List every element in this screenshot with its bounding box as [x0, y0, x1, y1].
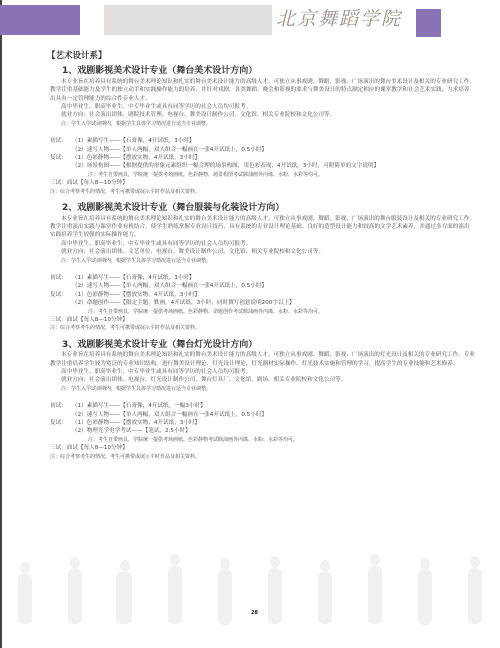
round2-label: 复试： [50, 419, 72, 427]
round2-item-2: （2）场景构图——【根据提供的形象元素组织一幅合理的场景构图，用色彩表现，4开试… [50, 162, 475, 170]
eligibility: 高中毕业生、职高毕业生、中专毕业生或具有同等学历的社会人员均可报考。 [50, 368, 475, 376]
major-section-1: 1、戏剧影视美术设计专业（舞台美术设计方向） 本专业旨在培养具有系统的舞台美术理… [50, 67, 475, 196]
section-title: 1、戏剧影视美术设计专业（舞台美术设计方向） [62, 67, 475, 75]
round3-interview: 三试：面试【每人8—10分钟】 [50, 316, 475, 324]
round2-note: 注：考生自带画具，学院统一提供考场画纸。色彩静物考试除油画外丙烯、水粉、水彩等均… [50, 436, 475, 444]
round1-item-2: （2）速写人物——【单人两幅，双人组合一幅画在一张4开试纸上，0.5小时】 [50, 146, 475, 154]
exam-requirements: 初试：（1）素描写生——【石膏像，4开试纸，一幅3小时】 （2）速写人物——【单… [50, 402, 475, 461]
header-gray-bar [104, 5, 272, 35]
dancer-silhouettes-decoration [0, 538, 500, 648]
round3-interview: 三试：面试【每人8—10分钟】 [50, 444, 475, 452]
round1-label: 初试： [50, 274, 72, 282]
round1-label: 初试： [50, 137, 72, 145]
adjustment-note: 注：学生入学试读期内，根据学生具体学习情况进行适当专业调整。 [50, 120, 475, 128]
employment: 就业方向：社会演出团体、电视台、灯光设计制作公司、舞台灯具厂、文化馆、剧场、相关… [50, 376, 475, 384]
exam-requirements: 初试：（1）素描写生——【石膏像，4开试纸，3小时】 （2）速写人物——【单人两… [50, 274, 475, 333]
round2-item-1: （1）色彩静物——【摆放实物，4开试纸，3小时】 [72, 291, 200, 299]
section-intro: 本专业旨在培养具有系统的舞台美术理论知识和扎实的舞台美术设计能力的高级人才。可独… [50, 78, 475, 103]
round1-item-2: （2）速写人物——【单人两幅，双人组合一幅画在一张4开试纸上，0.5小时】 [50, 282, 475, 290]
round2-label: 复试： [50, 291, 72, 299]
adjustment-note: 注：学生入学试读期内，根据学生具体学习情况进行适当专业调整。 [50, 385, 475, 393]
exam-requirements: 初试：（1）素描写生——【石膏像，4开试纸，3小时】 （2）速写人物——【单人两… [50, 137, 475, 196]
eligibility: 高中毕业生、职高毕业生、中专毕业生或具有同等学历的社会人员均可报考。 [50, 240, 475, 248]
header-accent-block-right [416, 9, 441, 37]
section-intro: 本专业旨在培养具有系统的舞台美术理论知识和扎实的舞台美术设计能力的高级人才。可独… [50, 215, 475, 240]
round2-note: 注：考生自带画具，学院统一提供考场画纸。色彩静物、场景构图考试除油画外丙烯、水粉… [50, 171, 475, 179]
round2-note: 注：考生自带画具，学院统一提供考场画纸。色彩静物、命题创作考试除油画外丙烯、水粉… [50, 308, 475, 316]
round1-label: 初试： [50, 402, 72, 410]
round3-note: 注：综合考察考生的情况，考生可携带或展示平时作品及相关资料。 [50, 324, 475, 332]
major-section-2: 2、戏剧影视美术设计专业（舞台服装与化装设计方向） 本专业旨在培养具有系统的舞台… [50, 204, 475, 333]
section-intro: 本专业旨在培养具有系统的舞台美术理论知识和扎实的舞台美术设计能力的高级人才。可独… [50, 351, 475, 368]
round2-item-2: （2）物理光学电学考试——【笔试，2.5小时】 [50, 427, 475, 435]
header-accent-block-left [0, 5, 80, 35]
section-title: 3、戏剧影视美术设计专业（舞台灯光设计方向） [62, 341, 475, 349]
employment: 就业方向：社会演出团体、文艺单位、电视台、舞美设计制作公司、文化馆、相关专业院校… [50, 248, 475, 256]
adjustment-note: 注：学生入学试读期内，根据学生具体学习情况进行适当专业调整。 [50, 257, 475, 265]
round2-item-1: （1）色彩静物——【摆放实物，4开试纸，3小时】 [72, 419, 200, 427]
section-title: 2、戏剧影视美术设计专业（舞台服装与化装设计方向） [62, 204, 475, 212]
round3-note: 注：综合考察考生的情况，考生可携带或展示平时作品及相关资料。 [50, 453, 475, 461]
page-left-border [0, 0, 2, 648]
document-body: 【艺术设计系】 1、戏剧影视美术设计专业（舞台美术设计方向） 本专业旨在培养具有… [50, 52, 475, 461]
round3-interview: 三试：面试【每人8—10分钟】 [50, 179, 475, 187]
department-heading: 【艺术设计系】 [47, 52, 475, 60]
employment: 就业方向：社会演出团体、剧院技术管理、电视台、舞美设计制作公司、文化馆、相关专业… [50, 111, 475, 119]
round1-item-1: （1）素描写生——【石膏像，4开试纸，一幅3小时】 [72, 402, 206, 410]
round1-item-1: （1）素描写生——【石膏像，4开试纸，3小时】 [72, 137, 195, 145]
round2-item-2: （2）命题创作——【限定主题，默画，4开试纸，3小时，同时撰写创意说明200字以… [50, 299, 475, 307]
round1-item-1: （1）素描写生——【石膏像，4开试纸，3小时】 [72, 274, 195, 282]
eligibility: 高中毕业生、职高毕业生、中专毕业生或具有同等学历的社会人员均可报考。 [50, 103, 475, 111]
round1-item-2: （2）速写人物——【单人两幅，双人组合一幅画在一张4开试纸上，0.5小时】 [50, 411, 475, 419]
page-number: 28 [251, 610, 258, 616]
round3-note: 注：综合考察考生的情况，考生可携带或展示平时作品及相关资料。 [50, 188, 475, 196]
round2-label: 复试： [50, 154, 72, 162]
school-logo-text: 北京舞蹈学院 [276, 4, 402, 31]
round2-item-1: （1）色彩静物——【摆放实物，4开试纸，3小时】 [72, 154, 200, 162]
major-section-3: 3、戏剧影视美术设计专业（舞台灯光设计方向） 本专业旨在培养具有系统的舞台美术理… [50, 341, 475, 461]
